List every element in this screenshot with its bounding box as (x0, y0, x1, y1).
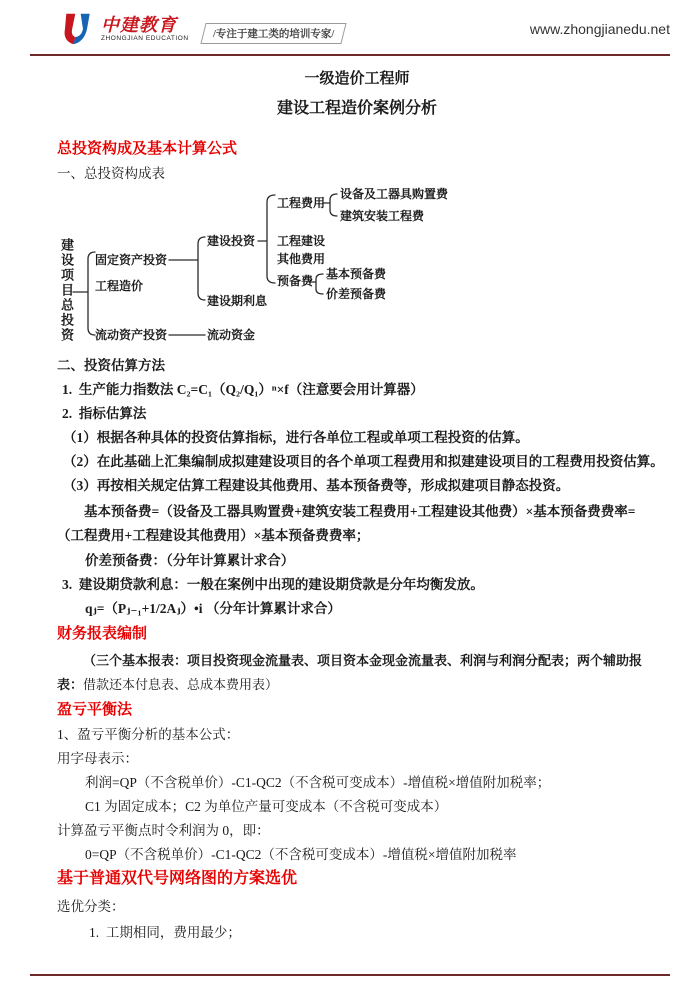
diagram-node-current-fund: 流动资金 (207, 327, 255, 343)
section-heading-breakeven: 盈亏平衡法 (57, 699, 657, 721)
breakeven-line1: 1、盈亏平衡分析的基本公式： (57, 725, 657, 745)
header-divider (30, 54, 670, 56)
diagram-node-price-reserve: 价差预备费 (326, 286, 386, 302)
diagram-node-current-investment: 流动资产投资 (95, 327, 167, 343)
investment-structure-diagram: 建设项目总投资 固定资产投资 工程造价 建设投资 建设期利息 工程费用 工程建设… (57, 182, 657, 354)
investment-table-title: 一、总投资构成表 (57, 164, 657, 184)
diagram-node-other-fee-line1: 工程建设 (277, 233, 325, 249)
finance-report-note: （三个基本报表：项目投资现金流量表、项目资本金现金流量表、利润与利润分配表；两个… (57, 649, 657, 697)
breakeven-profit-formula: 利润=QP（不含税单价）-C1-QC2（不含税可变成本）-增值税×增值附加税率； (57, 773, 657, 793)
brand-name-en: ZHONGJIAN EDUCATION (101, 36, 189, 43)
page-header: 中建教育 ZHONGJIAN EDUCATION /专注于建工类的培训专家/ w… (60, 10, 670, 48)
price-reserve-note: 价差预备费：（分年计算累计求合） (57, 551, 657, 571)
brand-logo: 中建教育 ZHONGJIAN EDUCATION (60, 10, 189, 48)
diagram-node-fixed-investment: 固定资产投资 (95, 252, 167, 268)
finance-report-note-rest: 借款还本付息表、总成本费用表） (83, 677, 278, 692)
method-item-2: 2. 指标估算法 (57, 404, 657, 424)
method-item-3: 3. 建设期贷款利息：一般在案例中出现的建设期贷款是分年均衡发放。 (57, 575, 657, 595)
brand-text: 中建教育 ZHONGJIAN EDUCATION (101, 16, 189, 43)
document-content: 一级造价工程师 建设工程造价案例分析 总投资构成及基本计算公式 一、总投资构成表… (57, 62, 657, 943)
brand-tagline-box: /专注于建工类的培训专家/ (200, 23, 347, 44)
doc-title-line1: 一级造价工程师 (57, 68, 657, 90)
network-classify-title: 选优分类： (57, 897, 657, 917)
breakeven-zero-formula: 0=QP（不含税单价）-C1-QC2（不含税可变成本）-增值税×增值附加税率 (57, 845, 657, 865)
website-link[interactable]: www.zhongjianedu.net (530, 21, 670, 37)
diagram-node-basic-reserve: 基本预备费 (326, 266, 386, 282)
brand-name-cn: 中建教育 (101, 16, 189, 34)
diagram-node-build-interest: 建设期利息 (207, 293, 267, 309)
document-page: 中建教育 ZHONGJIAN EDUCATION /专注于建工类的培训专家/ w… (0, 0, 700, 989)
breakeven-line2: 用字母表示： (57, 749, 657, 769)
diagram-node-equipment-fee: 设备及工器具购置费 (340, 186, 448, 202)
diagram-node-project-cost: 工程造价 (95, 278, 143, 294)
diagram-node-root: 建设项目总投资 (58, 238, 74, 343)
method-item-2-sub1: （1）根据各种具体的投资估算指标，进行各单位工程或单项工程投资的估算。 (57, 428, 657, 448)
breakeven-cost-definition: C1 为固定成本；C2 为单位产量可变成本（不含税可变成本） (57, 797, 657, 817)
diagram-node-build-investment: 建设投资 (207, 233, 255, 249)
investment-method-title: 二、投资估算方法 (57, 356, 657, 376)
diagram-node-engineering-fee: 工程费用 (277, 195, 325, 211)
brand-tagline: /专注于建工类的培训专家/ (213, 26, 334, 41)
doc-title-line2: 建设工程造价案例分析 (57, 98, 657, 120)
diagram-node-other-fee-line2: 其他费用 (277, 251, 325, 267)
method-item-1: 1. 生产能力指数法 C₂=C₁（Q₂/Q₁）ⁿ×f（注意要会用计算器） (57, 380, 657, 400)
method-item-2-sub2: （2）在此基础上汇集编制成拟建建设项目的各个单项工程费用和拟建建设项目的工程费用… (57, 452, 657, 472)
section-heading-network: 基于普通双代号网络图的方案选优 (57, 867, 657, 891)
basic-reserve-formula: 基本预备费=（设备及工器具购置费+建筑安装工程费用+工程建设其他费）×基本预备费… (57, 500, 657, 548)
loan-interest-formula: qⱼ=（Pⱼ₋₁+1/2Aⱼ）•i （分年计算累计求合） (57, 599, 657, 619)
breakeven-line5: 计算盈亏平衡点时令利润为 0，即： (57, 821, 657, 841)
network-classify-item-1: 1. 工期相同，费用最少； (57, 923, 657, 943)
logo-u-icon (60, 10, 96, 48)
footer-divider (30, 974, 670, 976)
section-heading-finance: 财务报表编制 (57, 623, 657, 645)
method-item-2-sub3: （3）再按相关规定估算工程建设其他费用、基本预备费等，形成拟建项目静态投资。 (57, 476, 657, 496)
section-heading-investment: 总投资构成及基本计算公式 (57, 138, 657, 160)
diagram-node-installation-fee: 建筑安装工程费 (340, 208, 424, 224)
diagram-node-reserve-fee: 预备费 (277, 273, 313, 289)
